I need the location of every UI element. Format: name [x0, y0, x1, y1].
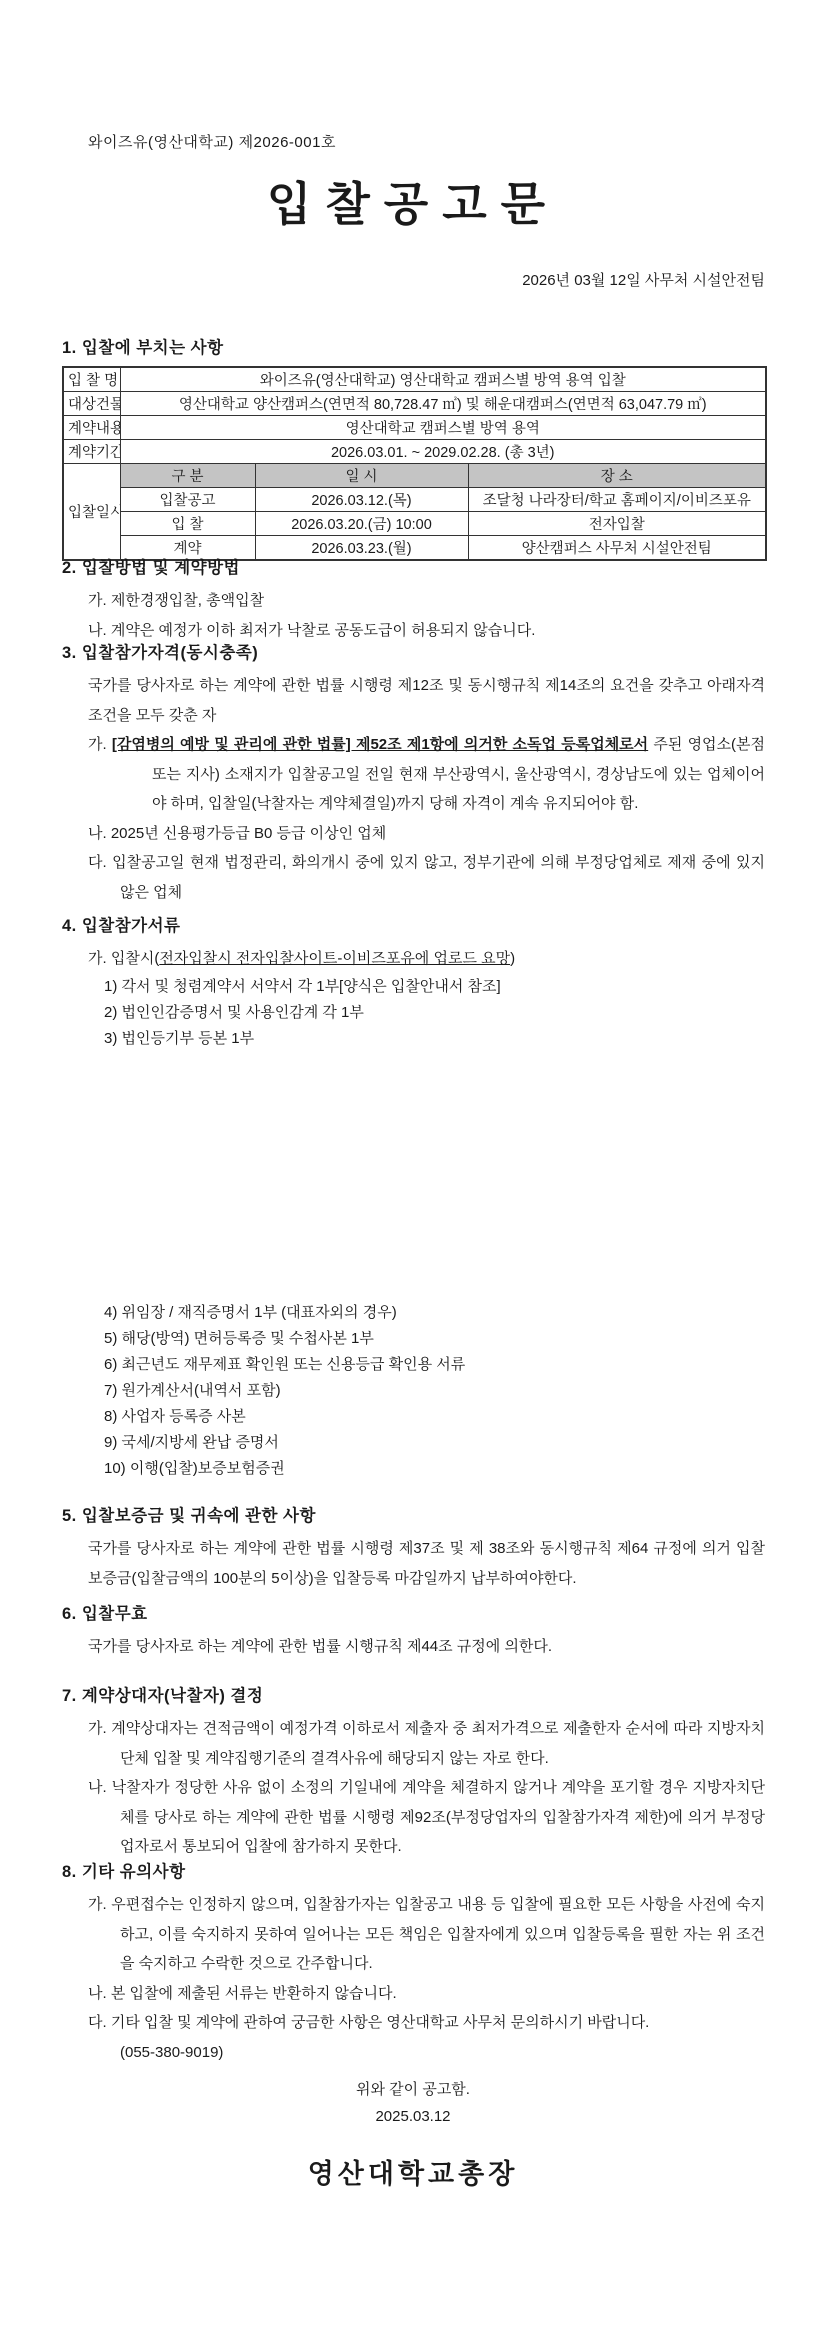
bid-info-table: 입 찰 명 와이즈유(영산대학교) 영산대학교 캠퍼스별 방역 용역 입찰 대상… [62, 366, 767, 561]
item-label: 가. [88, 736, 107, 753]
bid-announcement-document: 와이즈유(영산대학교) 제2026-001호 입찰공고문 2026년 03월 1… [0, 0, 826, 2336]
section6-body: 국가를 당사자로 하는 계약에 관한 법률 시행규칙 제44조 규정에 의한다. [88, 1632, 765, 1662]
item-text: 우편접수는 인정하지 않으며, 입찰참가자는 입찰공고 내용 등 입찰에 필요한… [111, 1896, 765, 1972]
closing-date: 2025.03.12 [0, 2103, 826, 2130]
item-text: 본 입찰에 제출된 서류는 반환하지 않습니다. [111, 1985, 397, 2002]
row-label-contract-period: 계약기간 [63, 440, 120, 464]
schedule-header-category: 구 분 [120, 464, 255, 488]
section3-heading: 3. 입찰참가자격(동시충족) [62, 639, 765, 663]
document-list-item: 4) 위임장 / 재직증명서 1부 (대표자외의 경우) [104, 1300, 765, 1326]
document-list-item: 1) 각서 및 청렴계약서 서약서 각 1부[양식은 입찰안내서 참조] [104, 974, 765, 1000]
document-list-item: 6) 최근년도 재무제표 확인원 또는 신용등급 확인용 서류 [104, 1352, 765, 1378]
schedule-bidding-datetime: 2026.03.20.(금) 10:00 [255, 512, 468, 536]
section-other-notes: 8. 기타 유의사항 가. 우편접수는 인정하지 않으며, 입찰참가자는 입찰공… [62, 1858, 765, 2067]
row-label-bid-schedule: 입찰일시 [63, 464, 120, 561]
schedule-header-place: 장 소 [468, 464, 766, 488]
section8-heading: 8. 기타 유의사항 [62, 1858, 765, 1882]
section3-item-ga: 가. [감염병의 예방 및 관리에 관한 법률] 제52조 제1항에 의거한 소… [152, 730, 765, 819]
item-label: 나. [88, 825, 107, 842]
row-label-bid-name: 입 찰 명 [63, 367, 120, 392]
schedule-announcement-place: 조달청 나라장터/학교 홈페이지/이비즈포유 [468, 488, 766, 512]
document-list-item: 8) 사업자 등록증 사본 [104, 1404, 765, 1430]
document-list-item: 2) 법인인감증명서 및 사용인감계 각 1부 [104, 1000, 765, 1026]
section-winner-decision: 7. 계약상대자(낙찰자) 결정 가. 계약상대자는 견적금액이 예정가격 이하… [62, 1682, 765, 1862]
schedule-announcement-datetime: 2026.03.12.(목) [255, 488, 468, 512]
section-bid-overview: 1. 입찰에 부치는 사항 입 찰 명 와이즈유(영산대학교) 영산대학교 캠퍼… [62, 334, 765, 561]
item-label: 다. [88, 854, 107, 871]
item-text: 입찰공고일 현재 법정관리, 화의개시 중에 있지 않고, 정부기관에 의해 부… [112, 854, 765, 901]
section7-heading: 7. 계약상대자(낙찰자) 결정 [62, 1682, 765, 1706]
section2-item-ga: 가. 제한경쟁입찰, 총액입찰 [88, 586, 765, 616]
table-row-bidding: 입 찰 2026.03.20.(금) 10:00 전자입찰 [63, 512, 766, 536]
section8-item-da: 다. 기타 입찰 및 계약에 관하여 궁금한 사항은 영산대학교 사무처 문의하… [120, 2008, 765, 2038]
item-label: 가. [88, 1896, 107, 1913]
section7-item-ga: 가. 계약상대자는 견적금액이 예정가격 이하로서 제출자 중 최저가격으로 제… [120, 1714, 765, 1773]
section-bid-documents: 4. 입찰참가서류 가. 입찰시(전자입찰시 전자입찰사이트-이비즈포유에 업로… [62, 912, 765, 1052]
row-value-contract-period: 2026.03.01. ~ 2029.02.28. (총 3년) [120, 440, 766, 464]
row-value-bid-name: 와이즈유(영산대학교) 영산대학교 캠퍼스별 방역 용역 입찰 [120, 367, 766, 392]
section-bid-invalidity: 6. 입찰무효 국가를 당사자로 하는 계약에 관한 법률 시행규칙 제44조 … [62, 1600, 765, 1662]
section-bid-method: 2. 입찰방법 및 계약방법 가. 제한경쟁입찰, 총액입찰 나. 계약은 예정… [62, 554, 765, 645]
section3-item-na: 나. 2025년 신용평가등급 B0 등급 이상인 업체 [120, 819, 765, 849]
row-value-target-building: 영산대학교 양산캠퍼스(연면적 80,728.47 ㎡) 및 해운대캠퍼스(연면… [120, 392, 766, 416]
closing-block: 위와 같이 공고함. 2025.03.12 영산대학교총장 [0, 2076, 826, 2191]
row-label-contract-content: 계약내용 [63, 416, 120, 440]
document-ref-number: 와이즈유(영산대학교) 제2026-001호 [88, 131, 738, 152]
table-row-contract-period: 계약기간 2026.03.01. ~ 2029.02.28. (총 3년) [63, 440, 766, 464]
row-value-contract-content: 영산대학교 캠퍼스별 방역 용역 [120, 416, 766, 440]
submission-suffix: ) [510, 950, 515, 967]
item-label: 가. [88, 592, 107, 609]
section5-heading: 5. 입찰보증금 및 귀속에 관한 사항 [62, 1502, 765, 1526]
section-qualifications: 3. 입찰참가자격(동시충족) 국가를 당사자로 하는 계약에 관한 법률 시행… [62, 639, 765, 907]
item-text: 제한경쟁입찰, 총액입찰 [111, 592, 264, 609]
schedule-bidding-category: 입 찰 [120, 512, 255, 536]
section8-item-ga: 가. 우편접수는 인정하지 않으며, 입찰참가자는 입찰공고 내용 등 입찰에 … [120, 1890, 765, 1979]
closing-statement: 위와 같이 공고함. [0, 2076, 826, 2103]
document-list-item: 5) 해당(방역) 면허등록증 및 수첩사본 1부 [104, 1326, 765, 1352]
section5-body: 국가를 당사자로 하는 계약에 관한 법률 시행령 제37조 및 제 38조와 … [88, 1534, 765, 1593]
item-label: 나. [88, 1985, 107, 2002]
item-label: 나. [88, 622, 107, 639]
submission-underlined: 전자입찰시 전자입찰사이트-이비즈포유에 업로드 요망 [159, 950, 510, 967]
item-text: 낙찰자가 정당한 사유 없이 소정의 기일내에 계약을 체결하지 않거나 계약을… [112, 1779, 765, 1855]
section-bid-deposit: 5. 입찰보증금 및 귀속에 관한 사항 국가를 당사자로 하는 계약에 관한 … [62, 1502, 765, 1593]
item-text: 2025년 신용평가등급 B0 등급 이상인 업체 [111, 825, 386, 842]
section-bid-documents-continued: 4) 위임장 / 재직증명서 1부 (대표자외의 경우) 5) 해당(방역) 면… [62, 1300, 765, 1482]
item-label: 다. [88, 2014, 107, 2031]
section3-item-da: 다. 입찰공고일 현재 법정관리, 화의개시 중에 있지 않고, 정부기관에 의… [120, 848, 765, 907]
item-text: 계약상대자는 견적금액이 예정가격 이하로서 제출자 중 최저가격으로 제출한자… [111, 1720, 765, 1767]
section8-item-na: 나. 본 입찰에 제출된 서류는 반환하지 않습니다. [120, 1979, 765, 2009]
row-label-target-building: 대상건물 [63, 392, 120, 416]
section6-heading: 6. 입찰무효 [62, 1600, 765, 1624]
schedule-header-datetime: 일 시 [255, 464, 468, 488]
item-text: 계약은 예정가 이하 최저가 낙찰로 공동도급이 허용되지 않습니다. [111, 622, 536, 639]
section1-heading: 1. 입찰에 부치는 사항 [62, 334, 765, 358]
section4-submission-line: 가. 입찰시(전자입찰시 전자입찰사이트-이비즈포유에 업로드 요망) [88, 944, 765, 974]
table-row-contract-content: 계약내용 영산대학교 캠퍼스별 방역 용역 [63, 416, 766, 440]
document-list-item: 9) 국세/지방세 완납 증명서 [104, 1430, 765, 1456]
item-label: 나. [88, 1779, 107, 1796]
issuer-signature: 영산대학교총장 [0, 2152, 826, 2191]
table-row-target-building: 대상건물 영산대학교 양산캠퍼스(연면적 80,728.47 ㎡) 및 해운대캠… [63, 392, 766, 416]
schedule-announcement-category: 입찰공고 [120, 488, 255, 512]
submission-prefix: 입찰시( [111, 950, 159, 967]
item-label: 가. [88, 950, 107, 967]
item-label: 가. [88, 1720, 107, 1737]
table-row-schedule-header: 입찰일시 구 분 일 시 장 소 [63, 464, 766, 488]
section2-heading: 2. 입찰방법 및 계약방법 [62, 554, 765, 578]
schedule-bidding-place: 전자입찰 [468, 512, 766, 536]
date-department-line: 2026년 03월 12일 사무처 시설안전팀 [62, 269, 765, 290]
item-emphasized-text: [감염병의 예방 및 관리에 관한 법률] 제52조 제1항에 의거한 소독업 … [112, 736, 648, 753]
contact-phone-number: (055-380-9019) [120, 2038, 765, 2068]
table-row-announcement: 입찰공고 2026.03.12.(목) 조달청 나라장터/학교 홈페이지/이비즈… [63, 488, 766, 512]
document-title: 입찰공고문 [0, 168, 826, 234]
document-list-item: 10) 이행(입찰)보증보험증권 [104, 1456, 765, 1482]
document-list-item: 7) 원가계산서(내역서 포함) [104, 1378, 765, 1404]
section4-heading: 4. 입찰참가서류 [62, 912, 765, 936]
table-row-bid-name: 입 찰 명 와이즈유(영산대학교) 영산대학교 캠퍼스별 방역 용역 입찰 [63, 367, 766, 392]
item-text: 기타 입찰 및 계약에 관하여 궁금한 사항은 영산대학교 사무처 문의하시기 … [111, 2014, 650, 2031]
section3-intro: 국가를 당사자로 하는 계약에 관한 법률 시행령 제12조 및 동시행규칙 제… [88, 671, 765, 730]
section7-item-na: 나. 낙찰자가 정당한 사유 없이 소정의 기일내에 계약을 체결하지 않거나 … [120, 1773, 765, 1862]
document-list-item: 3) 법인등기부 등본 1부 [104, 1026, 765, 1052]
